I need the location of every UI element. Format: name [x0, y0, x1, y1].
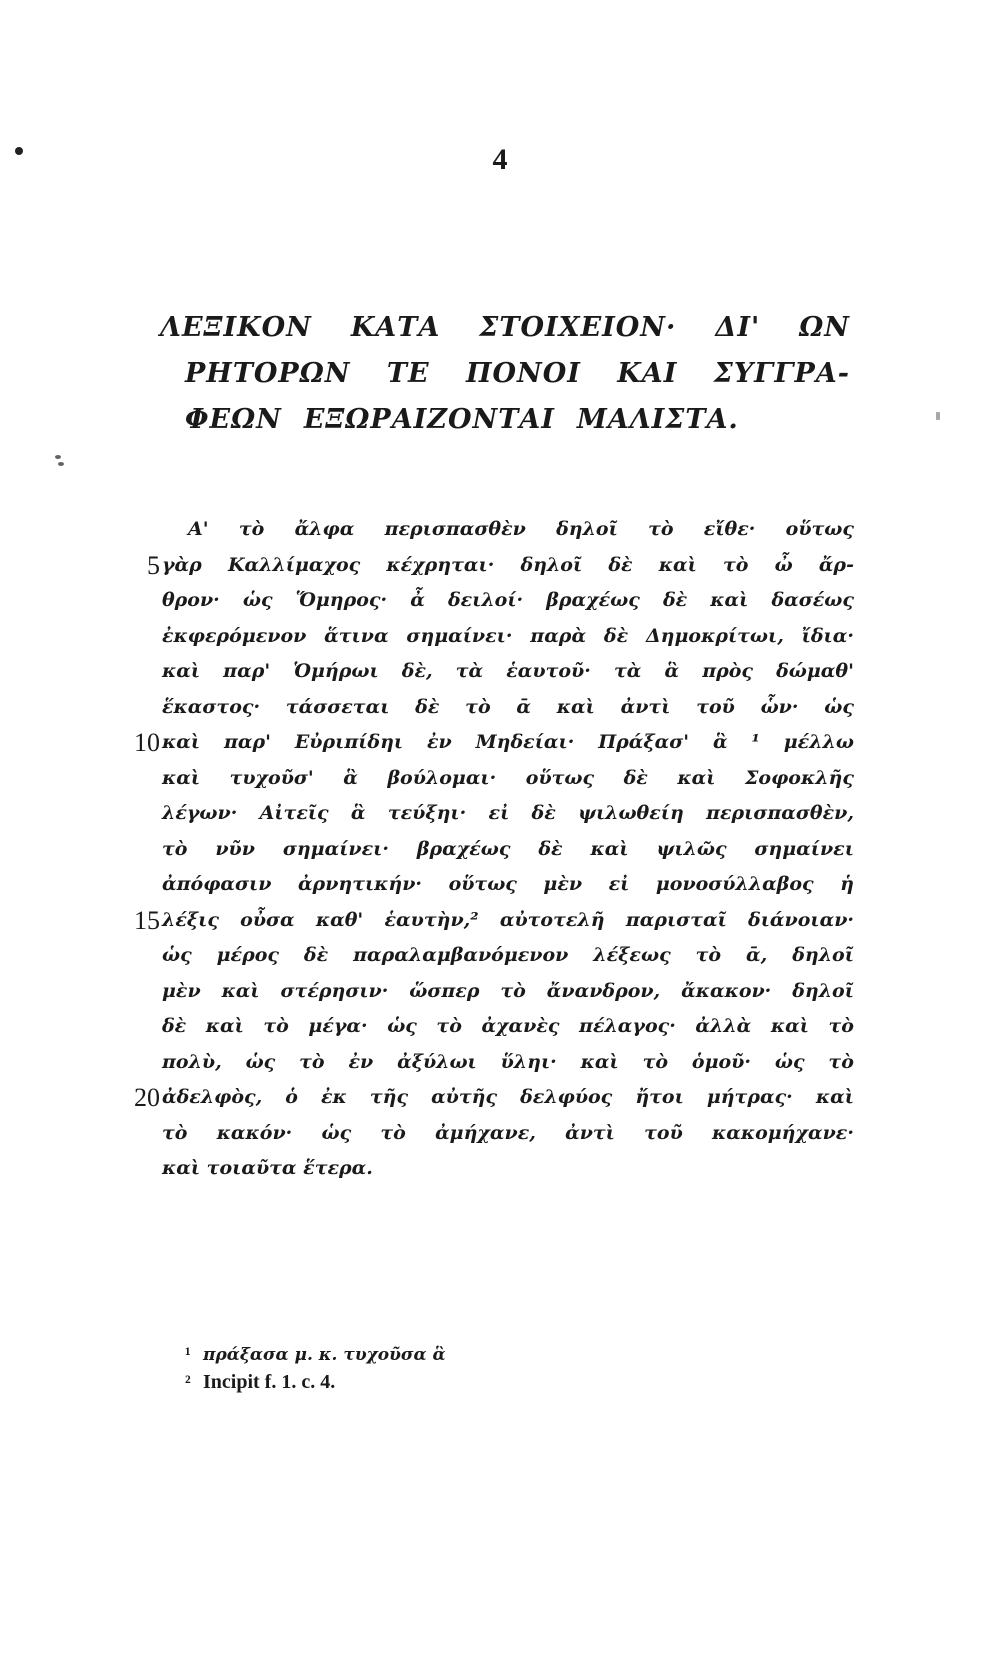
title-word: ΛΕΞΙΚΟΝ: [160, 305, 312, 351]
line-text: καὶπαρ'ΕὐριπίδηιἐνΜηδείαι·Πράξασ'ἃ¹μέλλω: [162, 725, 854, 761]
line-number: 20: [110, 1080, 160, 1116]
text-line: καὶπαρ'Ὁμήρωιδὲ,τὰἑαυτοῦ·τὰἃπρὸςδώμαθ': [110, 654, 860, 690]
text-line: καὶ τοιαῦτα ἕτερα.: [110, 1151, 860, 1187]
title-word: ΡΗΤΟΡΩΝ: [185, 351, 350, 397]
footnotes: ¹πράξασα μ. κ. τυχοῦσα ἃ²Incipit f. 1. c…: [185, 1340, 685, 1396]
line-text: μὲνκαὶστέρησιν·ὥσπερτὸἄνανδρον,ἄκακον·δη…: [162, 974, 854, 1010]
line-text: τὸνῦνσημαίνει·βραχέωςδὲκαὶψιλῶςσημαίνει: [162, 832, 854, 868]
title-word: ΠΟΝΟΙ: [466, 351, 581, 397]
footnote-mark: ¹: [185, 1341, 203, 1369]
line-text: ὡςμέροςδὲπαραλαμβανόμενονλέξεωςτὸᾱ,δηλοῖ: [162, 938, 854, 974]
title-word: ΔΙ': [715, 305, 760, 351]
title-line: ΛΕΞΙΚΟΝΚΑΤΑΣΤΟΙΧΕΙΟΝ·ΔΙ'ΩΝ: [160, 305, 850, 351]
body-text: Α'τὸἄλφαπερισπασθὲνδηλοῖτὸεἴθε·οὕτως5γὰρ…: [110, 512, 860, 1187]
text-line: 20ἀδελφὸς,ὁἐκτῆςαὐτῆςδελφύοςἤτοιμήτρας·κ…: [110, 1080, 860, 1116]
text-line: Α'τὸἄλφαπερισπασθὲνδηλοῖτὸεἴθε·οὕτως: [110, 512, 860, 548]
title-word: ΤΕ: [387, 351, 430, 397]
line-number: 5: [110, 548, 160, 584]
text-line: πολὺ,ὡςτὸἐνἀξύλωιὕληι·καὶτὸὁμοῦ·ὡςτὸ: [110, 1045, 860, 1081]
line-text: ἕκαστος·τάσσεταιδὲτὸᾱκαὶἀντὶτοῦὧν·ὡς: [162, 690, 854, 726]
title-word: ΣΤΟΙΧΕΙΟΝ·: [479, 305, 676, 351]
line-text: ἀπόφασινἀρνητικήν·οὕτωςμὲνεἰμονοσύλλαβος…: [162, 867, 854, 903]
text-line: ἀπόφασινἀρνητικήν·οὕτωςμὲνεἰμονοσύλλαβος…: [110, 867, 860, 903]
line-text: πολὺ,ὡςτὸἐνἀξύλωιὕληι·καὶτὸὁμοῦ·ὡςτὸ: [162, 1045, 854, 1081]
ink-speck: [58, 462, 64, 466]
footnote-text: Incipit f. 1. c. 4.: [203, 1371, 335, 1393]
title-word: ΚΑΙ: [617, 351, 677, 397]
line-text: δὲκαὶτὸμέγα·ὡςτὸἀχανὲςπέλαγος·ἀλλὰκαὶτὸ: [162, 1009, 854, 1045]
text-line: 10καὶπαρ'ΕὐριπίδηιἐνΜηδείαι·Πράξασ'ἃ¹μέλ…: [110, 725, 860, 761]
title-word: ΚΑΤΑ: [351, 305, 440, 351]
line-text: Α'τὸἄλφαπερισπασθὲνδηλοῖτὸεἴθε·οὕτως: [188, 512, 854, 548]
line-number: 15: [110, 903, 160, 939]
text-line: μὲνκαὶστέρησιν·ὥσπερτὸἄνανδρον,ἄκακον·δη…: [110, 974, 860, 1010]
text-line: δὲκαὶτὸμέγα·ὡςτὸἀχανὲςπέλαγος·ἀλλὰκαὶτὸ: [110, 1009, 860, 1045]
footnote-mark: ²: [185, 1369, 203, 1397]
line-text: θρον·ὡςὍμηρος·ἆδειλοί·βραχέωςδὲκαὶδασέως: [162, 583, 854, 619]
line-number: 10: [110, 725, 160, 761]
text-line: 15λέξιςοὖσακαθ'ἑαυτὴν,²αὐτοτελῆπαρισταῖδ…: [110, 903, 860, 939]
title-word: ΕΞΩΡΑΙΖΟΝΤΑΙ: [304, 397, 555, 443]
text-line: ἐκφερόμενονἅτινασημαίνει·παρὰδὲΔημοκρίτω…: [110, 619, 860, 655]
footnote-text: πράξασα μ. κ. τυχοῦσα ἃ: [203, 1345, 446, 1365]
title-word: ΦΕΩΝ: [185, 397, 282, 443]
line-text: λέγων·Αἰτεῖςἃτεύξηι·εἰδὲψιλωθείηπερισπασ…: [162, 796, 854, 832]
text-line: 5γὰρΚαλλίμαχοςκέχρηται·δηλοῖδὲκαὶτὸὦἄρ-: [110, 548, 860, 584]
text-line: ὡςμέροςδὲπαραλαμβανόμενονλέξεωςτὸᾱ,δηλοῖ: [110, 938, 860, 974]
line-text: τὸκακόν·ὡςτὸἀμήχανε,ἀντὶτοῦκακομήχανε·: [162, 1116, 854, 1152]
text-line: ἕκαστος·τάσσεταιδὲτὸᾱκαὶἀντὶτοῦὧν·ὡς: [110, 690, 860, 726]
title-word: ΩΝ: [799, 305, 850, 351]
line-text: ἀδελφὸς,ὁἐκτῆςαὐτῆςδελφύοςἤτοιμήτρας·καὶ: [162, 1080, 854, 1116]
line-text: ἐκφερόμενονἅτινασημαίνει·παρὰδὲΔημοκρίτω…: [162, 619, 854, 655]
title-line: ΡΗΤΟΡΩΝΤΕΠΟΝΟΙΚΑΙΣΥΓΓΡΑ-: [160, 351, 850, 397]
line-text: καὶτυχοῦσ'ἃβούλομαι·οὕτωςδὲκαὶΣοφοκλῆς: [162, 761, 854, 797]
text-line: τὸνῦνσημαίνει·βραχέωςδὲκαὶψιλῶςσημαίνει: [110, 832, 860, 868]
line-text: καὶ τοιαῦτα ἕτερα.: [162, 1151, 854, 1187]
title-line: ΦΕΩΝΕΞΩΡΑΙΖΟΝΤΑΙΜΑΛΙΣΤΑ.: [160, 397, 850, 443]
text-line: λέγων·Αἰτεῖςἃτεύξηι·εἰδὲψιλωθείηπερισπασ…: [110, 796, 860, 832]
page-number: 4: [0, 142, 1000, 178]
ink-speck: [55, 455, 61, 459]
footnote: ¹πράξασα μ. κ. τυχοῦσα ἃ: [185, 1340, 685, 1368]
chapter-title: ΛΕΞΙΚΟΝΚΑΤΑΣΤΟΙΧΕΙΟΝ·ΔΙ'ΩΝΡΗΤΟΡΩΝΤΕΠΟΝΟΙ…: [160, 305, 850, 443]
line-text: λέξιςοὖσακαθ'ἑαυτὴν,²αὐτοτελῆπαρισταῖδιά…: [162, 903, 854, 939]
text-line: τὸκακόν·ὡςτὸἀμήχανε,ἀντὶτοῦκακομήχανε·: [110, 1116, 860, 1152]
text-line: θρον·ὡςὍμηρος·ἆδειλοί·βραχέωςδὲκαὶδασέως: [110, 583, 860, 619]
title-word: ΜΑΛΙΣΤΑ.: [577, 397, 739, 443]
line-text: γὰρΚαλλίμαχοςκέχρηται·δηλοῖδὲκαὶτὸὦἄρ-: [162, 548, 854, 584]
footnote: ²Incipit f. 1. c. 4.: [185, 1368, 685, 1396]
line-text: καὶπαρ'Ὁμήρωιδὲ,τὰἑαυτοῦ·τὰἃπρὸςδώμαθ': [162, 654, 854, 690]
text-line: καὶτυχοῦσ'ἃβούλομαι·οὕτωςδὲκαὶΣοφοκλῆς: [110, 761, 860, 797]
title-word: ΣΥΓΓΡΑ-: [714, 351, 850, 397]
ink-speck: [936, 412, 940, 420]
